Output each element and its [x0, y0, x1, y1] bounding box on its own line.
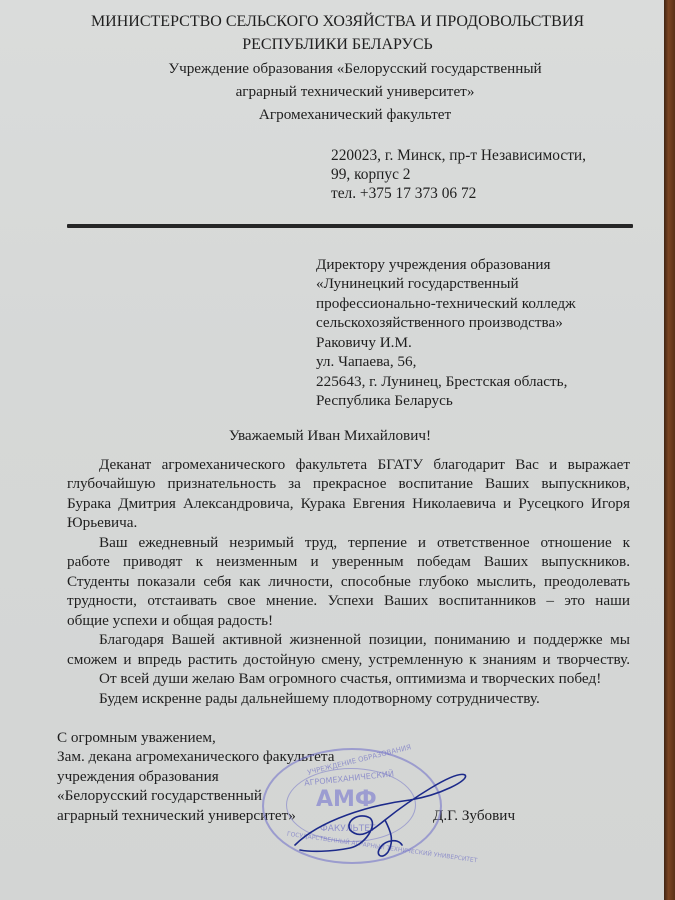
recipient-line: Республика Беларусь	[316, 392, 453, 410]
ministry-line-1: МИНИСТЕРСТВО СЕЛЬСКОГО ХОЗЯЙСТВА И ПРОДО…	[0, 13, 675, 31]
body-line: работе приводят к неизменным и уверенным…	[67, 553, 630, 571]
sender-address-line-2: 99, корпус 2	[331, 166, 410, 184]
greeting: Уважаемый Иван Михайлович!	[0, 427, 660, 445]
sender-address-line-1: 220023, г. Минск, пр-т Независимости,	[331, 147, 586, 165]
recipient-line: 225643, г. Лунинец, Брестская область,	[316, 373, 567, 391]
wooden-background	[664, 0, 675, 900]
recipient-line: Раковичу И.М.	[316, 334, 412, 352]
body-line: глубочайшую признательность за прекрасно…	[67, 475, 630, 493]
signature-mark	[290, 760, 490, 870]
recipient-line: «Лунинецкий государственный	[316, 275, 519, 293]
recipient-line: Директору учреждения образования	[316, 256, 551, 274]
closing-line: С огромным уважением,	[57, 729, 216, 747]
institution-line-1: Учреждение образования «Белорусский госу…	[0, 60, 675, 78]
body-line: Деканат агромеханического факультета БГА…	[67, 456, 630, 474]
body-line: Благодаря Вашей активной жизненной позиц…	[67, 631, 630, 649]
closing-line: учреждения образования	[57, 768, 219, 786]
recipient-line: профессионально-технический колледж	[316, 295, 576, 313]
body-line: общие успехи и общая радость!	[67, 612, 630, 630]
recipient-line: ул. Чапаева, 56,	[316, 353, 416, 371]
body-line: трудности, отстаивать свое мнение. Успех…	[67, 592, 630, 610]
body-line: сможем и впредь растить достойную смену,…	[67, 651, 630, 669]
letterhead-divider	[67, 224, 633, 228]
body-line: Ваш ежедневный незримый труд, терпение и…	[67, 534, 630, 552]
recipient-line: сельскохозяйственного производства»	[316, 314, 563, 332]
body-line: От всей души желаю Вам огромного счастья…	[67, 670, 630, 688]
faculty-name: Агромеханический факультет	[0, 106, 675, 124]
closing-line: аграрный технический университет»	[57, 807, 296, 825]
sender-phone: тел. +375 17 373 06 72	[331, 185, 476, 203]
institution-line-2: аграрный технический университет»	[0, 83, 675, 101]
body-line: Бурака Дмитрия Александровича, Курака Ев…	[67, 495, 630, 513]
closing-line: «Белорусский государственный	[57, 787, 262, 805]
ministry-line-2: РЕСПУБЛИКИ БЕЛАРУСЬ	[0, 36, 675, 54]
body-line: Студенты показали себя как личности, спо…	[67, 573, 630, 591]
body-line: Юрьевича.	[67, 514, 630, 532]
body-line: Будем искренне рады дальнейшему плодотво…	[67, 690, 630, 708]
